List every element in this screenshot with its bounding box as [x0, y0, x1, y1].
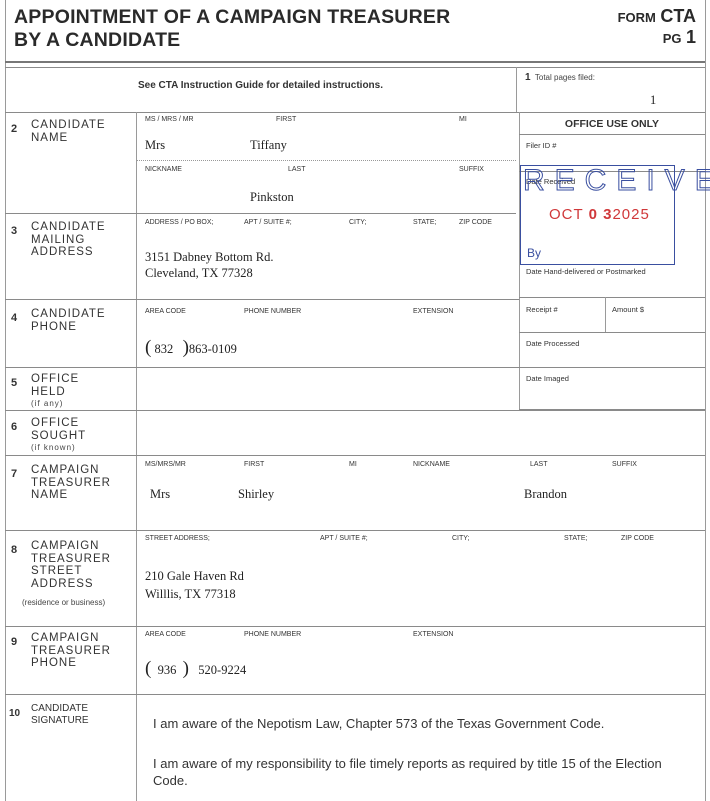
divider [5, 299, 519, 300]
divider [5, 213, 516, 214]
section-8-sub: (residence or business) [22, 598, 105, 607]
total-pages-value[interactable]: 1 [650, 93, 656, 108]
candidate-phone-field[interactable]: ( 832 )863-0109 [145, 337, 237, 359]
field-label-last: LAST [530, 461, 548, 468]
field-label-first: FIRST [276, 116, 296, 123]
field-label-nickname: NICKNAME [413, 461, 450, 468]
label-column-divider [136, 112, 137, 801]
office-use-title: OFFICE USE ONLY [519, 118, 705, 130]
dotted-divider [137, 160, 516, 161]
field-label-nickname: NICKNAME [145, 166, 182, 173]
section-number: 5 [11, 377, 17, 389]
label-sub: (if known) [31, 442, 131, 455]
responsibility-statement: I am aware of my responsibility to file … [153, 755, 678, 789]
field-label-mi: MI [349, 461, 357, 468]
divider [5, 112, 705, 113]
office-sought-field[interactable] [137, 411, 704, 455]
area-code-value: 832 [154, 342, 173, 356]
filer-id-label: Filer ID # [526, 141, 556, 150]
section-title: CAMPAIGNTREASURERPHONE [31, 632, 141, 670]
label-line: PHONE [31, 657, 141, 670]
date-hand-delivered-label: Date Hand-delivered or Postmarked [526, 267, 646, 276]
form-title: APPOINTMENT OF A CAMPAIGN TREASURER BY A… [14, 6, 450, 52]
field-label-state: STATE; [413, 219, 436, 226]
section-title: CANDIDATEPHONE [31, 308, 131, 333]
paren-open: ( [145, 337, 151, 358]
label-line: SIGNATURE [31, 715, 141, 727]
label-line: CAMPAIGN [31, 632, 141, 645]
divider [519, 134, 705, 135]
field-label-mi: MI [459, 116, 467, 123]
treasurer-title-field[interactable]: Mrs [150, 487, 170, 502]
section-2-label: 2 CANDIDATENAME [11, 119, 17, 137]
divider [519, 297, 705, 298]
field-label-title: MS/MRS/MR [145, 461, 186, 468]
section-number: 8 [11, 544, 17, 556]
section-title: OFFICESOUGHT(if known) [31, 417, 131, 455]
date-processed-label: Date Processed [526, 339, 579, 348]
stamp-date: OCT 0 32025 [549, 206, 650, 223]
label-line: OFFICE [31, 373, 131, 386]
nepotism-statement: I am aware of the Nepotism Law, Chapter … [153, 715, 693, 732]
office-held-field[interactable] [137, 368, 517, 408]
amount-label: Amount $ [612, 305, 644, 314]
section-title: CANDIDATEMAILINGADDRESS [31, 221, 131, 259]
field-label-apt: APT / SUITE #; [320, 535, 368, 542]
section-10-label: 10 CANDIDATESIGNATURE [9, 703, 20, 721]
date-imaged-label: Date Imaged [526, 374, 569, 383]
receipt-label: Receipt # [526, 305, 558, 314]
label-line: CANDIDATE [31, 221, 131, 234]
paren-open: ( [145, 658, 151, 679]
candidate-last-name-field[interactable]: Pinkston [250, 190, 294, 205]
section-number: 4 [11, 312, 17, 324]
field-label-phone: PHONE NUMBER [244, 308, 301, 315]
page-prefix: PG [663, 31, 682, 46]
section-number: 2 [11, 123, 17, 135]
section-number: 9 [11, 636, 17, 648]
section-title: CAMPAIGNTREASURERSTREETADDRESS [31, 540, 141, 590]
section-4-label: 4 CANDIDATEPHONE [11, 308, 17, 326]
title-line-2: BY A CANDIDATE [14, 29, 450, 52]
field-label-title: MS / MRS / MR [145, 116, 194, 123]
divider [5, 694, 705, 695]
field-label-address: ADDRESS / PO BOX; [145, 219, 213, 226]
field-label-area-code: AREA CODE [145, 631, 186, 638]
label-line: ADDRESS [31, 578, 141, 591]
treasurer-last-name-field[interactable]: Brandon [524, 487, 567, 502]
form-id: FORM CTA PG 1 [618, 6, 696, 48]
treasurer-address-line2[interactable]: Willlis, TX 77318 [145, 587, 236, 602]
field-label-city: CITY; [349, 219, 366, 226]
stamp-day: 0 3 [589, 206, 613, 223]
total-pages-num: 1 [525, 72, 531, 83]
label-line: CAMPAIGN [31, 540, 141, 553]
divider [519, 367, 705, 368]
instructions-text: See CTA Instruction Guide for detailed i… [5, 80, 516, 91]
section-6-label: 6 OFFICESOUGHT(if known) [11, 417, 17, 435]
label-sub: (if any) [31, 398, 131, 411]
label-line: PHONE [31, 321, 131, 334]
label-line: STREET [31, 565, 141, 578]
section-number: 6 [11, 421, 17, 433]
field-label-extension: EXTENSION [413, 631, 453, 638]
divider [516, 67, 517, 112]
section-number: 3 [11, 225, 17, 237]
section-title: CANDIDATESIGNATURE [31, 703, 141, 727]
field-label-suffix: SUFFIX [612, 461, 637, 468]
title-line-1: APPOINTMENT OF A CAMPAIGN TREASURER [14, 6, 450, 29]
field-label-extension: EXTENSION [413, 308, 453, 315]
field-label-suffix: SUFFIX [459, 166, 484, 173]
frame-left [5, 0, 6, 801]
candidate-title-field[interactable]: Mrs [145, 138, 165, 153]
section-title: OFFICEHELD(if any) [31, 373, 131, 411]
divider [5, 530, 705, 531]
header-divider-2 [5, 67, 705, 68]
stamp-word: RECEIVED [523, 164, 710, 198]
field-label-apt: APT / SUITE #; [244, 219, 292, 226]
field-label-area-code: AREA CODE [145, 308, 186, 315]
candidate-first-name-field[interactable]: Tiffany [250, 138, 287, 153]
label-line: CAMPAIGN [31, 464, 141, 477]
label-line: CANDIDATE [31, 703, 141, 715]
field-label-state: STATE; [564, 535, 587, 542]
section-title: CANDIDATENAME [31, 119, 131, 144]
field-label-first: FIRST [244, 461, 264, 468]
field-label-city: CITY; [452, 535, 469, 542]
field-label-zip: ZIP CODE [621, 535, 654, 542]
section-8-label: 8 CAMPAIGNTREASURERSTREETADDRESS [11, 540, 17, 558]
label-line: TREASURER [31, 645, 141, 658]
total-pages-text: Total pages filed: [535, 73, 595, 82]
frame-right [705, 0, 706, 801]
label-line: CANDIDATE [31, 308, 131, 321]
page-number: 1 [686, 27, 696, 47]
candidate-address-line1[interactable]: 3151 Dabney Bottom Rd. [145, 250, 273, 265]
label-line: NAME [31, 489, 141, 502]
divider [519, 332, 705, 333]
form-prefix: FORM [618, 10, 656, 25]
label-line: HELD [31, 386, 131, 399]
label-line: TREASURER [31, 553, 141, 566]
section-3-label: 3 CANDIDATEMAILINGADDRESS [11, 221, 17, 239]
total-pages-label: 1 Total pages filed: [525, 72, 595, 83]
field-label-phone: PHONE NUMBER [244, 631, 301, 638]
phone-value: 863-0109 [189, 342, 237, 356]
label-line: TREASURER [31, 477, 141, 490]
section-9-label: 9 CAMPAIGNTREASURERPHONE [11, 632, 17, 650]
divider [5, 626, 705, 627]
section-7-label: 7 CAMPAIGNTREASURERNAME [11, 464, 17, 482]
label-line: ADDRESS [31, 246, 131, 259]
label-line: OFFICE [31, 417, 131, 430]
area-code-value: 936 [158, 663, 177, 677]
section-number: 7 [11, 468, 17, 480]
paren-close: ) [183, 658, 189, 679]
field-label-zip: ZIP CODE [459, 219, 492, 226]
label-line: SOUGHT [31, 430, 131, 443]
field-label-address: STREET ADDRESS; [145, 535, 210, 542]
section-title: CAMPAIGNTREASURERNAME [31, 464, 141, 502]
phone-value: 520-9224 [198, 663, 246, 677]
treasurer-phone-field[interactable]: ( 936 ) 520-9224 [145, 658, 246, 680]
divider [5, 455, 705, 456]
form-code: CTA [660, 6, 696, 26]
field-label-last: LAST [288, 166, 306, 173]
stamp-month: OCT [549, 206, 583, 223]
section-5-label: 5 OFFICEHELD(if any) [11, 373, 17, 391]
stamp-year: 2025 [612, 206, 649, 223]
label-line: NAME [31, 132, 131, 145]
section-number: 10 [9, 708, 20, 719]
label-line: CANDIDATE [31, 119, 131, 132]
label-line: MAILING [31, 234, 131, 247]
stamp-by: By [527, 246, 541, 260]
divider [605, 297, 606, 332]
candidate-address-line2[interactable]: Cleveland, TX 77328 [145, 266, 253, 281]
received-stamp: RECEIVED OCT 0 32025 By [520, 165, 675, 265]
header-divider [5, 61, 705, 63]
treasurer-address-line1[interactable]: 210 Gale Haven Rd [145, 569, 244, 584]
treasurer-first-name-field[interactable]: Shirley [238, 487, 274, 502]
